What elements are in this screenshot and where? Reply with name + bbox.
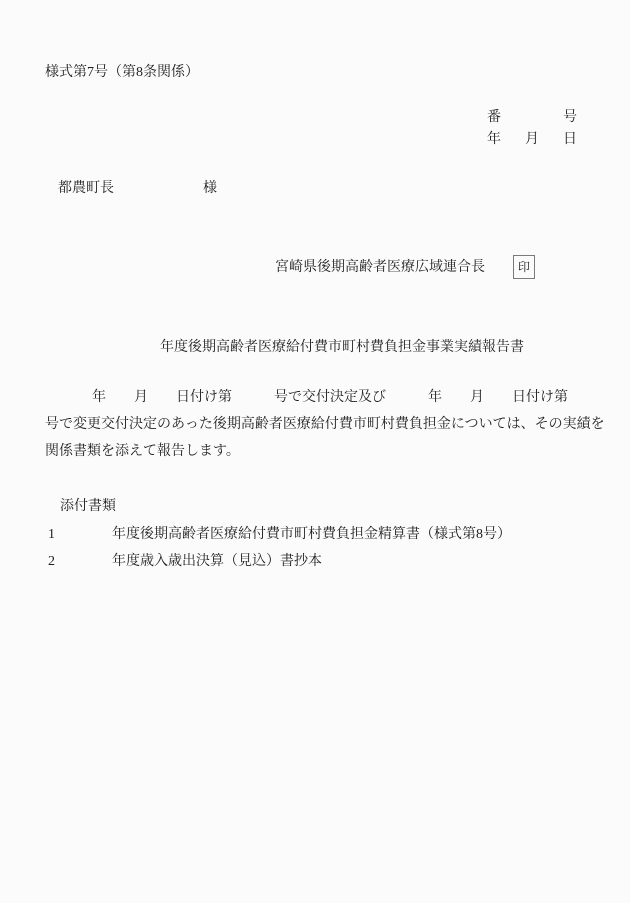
ref-number-suffix: 号	[563, 110, 577, 126]
attachment-item-number: 2	[48, 554, 55, 570]
addressee-name: 都農町長	[58, 181, 114, 197]
seal-box: 印	[513, 255, 535, 279]
sender-title: 宮崎県後期高齢者医療広域連合長	[275, 260, 485, 276]
date-line: 年 月 日	[487, 132, 577, 148]
body-line-1: 年 月 日付け第 号で交付決定及び 年 月 日付け第	[92, 390, 568, 406]
date-day-label: 日	[563, 132, 577, 148]
attachment-item-text: 年度歳入歳出決算（見込）書抄本	[112, 554, 322, 570]
body-line-3: 関係書類を添えて報告します。	[45, 444, 240, 460]
body-line-2: 号で変更交付決定のあった後期高齢者医療給付費市町村費負担金については、その実績を	[45, 417, 605, 433]
attachment-item-number: 1	[48, 527, 55, 543]
form-label: 様式第7号（第8条関係）	[45, 65, 199, 81]
attachments-heading: 添付書類	[60, 499, 116, 515]
addressee-honorific: 様	[203, 181, 217, 197]
ref-number-prefix: 番	[487, 110, 501, 126]
seal-label: 印	[518, 261, 530, 273]
ref-number-line: 番 号	[487, 110, 577, 126]
document-title: 年度後期高齢者医療給付費市町村費負担金事業実績報告書	[160, 340, 524, 356]
document-page: 様式第7号（第8条関係） 番 号 年 月 日 都農町長 様 宮崎県後期高齢者医療…	[0, 0, 630, 903]
date-year-label: 年	[487, 132, 501, 148]
attachment-item-text: 年度後期高齢者医療給付費市町村費負担金精算書（様式第8号）	[112, 527, 511, 543]
date-month-label: 月	[525, 132, 539, 148]
